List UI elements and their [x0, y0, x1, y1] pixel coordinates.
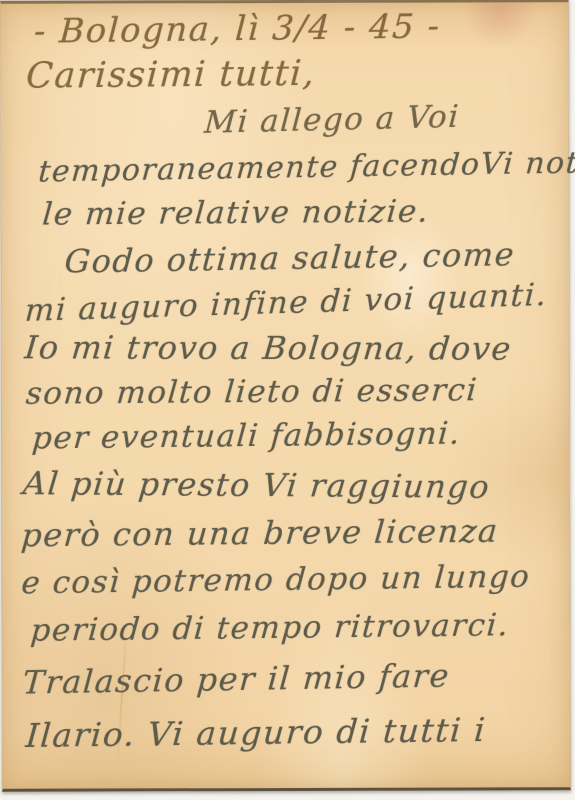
body-line-11: e così potremo dopo un lungo	[20, 559, 532, 602]
body-line-4: Godo ottima salute, come	[63, 235, 516, 281]
body-line-13: Tralascio per il mio fare	[21, 657, 451, 702]
body-line-9: Al più presto Vi raggiungo	[21, 464, 492, 506]
dateline: - Bologna, lì 3/4 - 45 -	[33, 6, 442, 51]
body-line-7: sono molto lieto di esserci	[25, 372, 480, 412]
scanned-letter-page: { "meta": { "place": "Bologna", "date": …	[0, 0, 575, 800]
salutation: Carissimi tutti,	[25, 54, 317, 97]
body-line-12: periodo di tempo ritrovarci.	[29, 607, 510, 648]
body-line-3: le mie relative notizie.	[41, 194, 431, 233]
body-line-5: mi auguro infine di voi quanti.	[24, 277, 549, 329]
postcard-paper: - Bologna, lì 3/4 - 45 - Carissimi tutti…	[0, 0, 571, 792]
body-line-10: però con una breve licenza	[20, 512, 500, 555]
body-line-2: temporaneamente facendoVi noto	[37, 145, 575, 189]
body-line-14: Ilario. Vi auguro di tutti i	[24, 710, 487, 755]
body-line-1: Mi allego a Voi	[203, 99, 461, 141]
body-line-6: Io mi trovo a Bologna, dove	[23, 328, 514, 367]
body-line-8: per eventuali fabbisogni.	[31, 416, 463, 457]
